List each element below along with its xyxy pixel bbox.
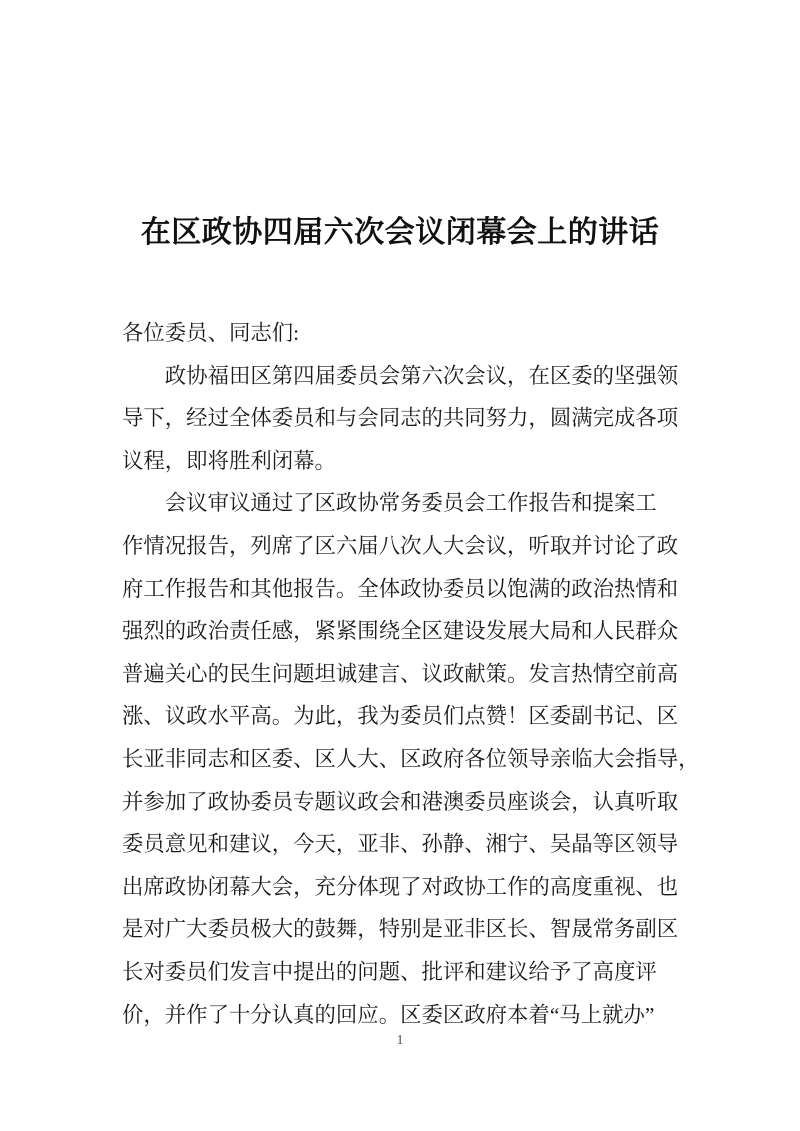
text-line: 各位委员、同志们:	[122, 312, 679, 355]
text-line: 是对广大委员极大的鼓舞，特别是亚非区长、智晟常务副区	[122, 908, 679, 951]
text-line: 价，并作了十分认真的回应。区委区政府本着“马上就办”	[122, 994, 679, 1037]
text-line: 议程，即将胜利闭幕。	[122, 440, 679, 483]
text-line: 会议审议通过了区政协常务委员会工作报告和提案工	[122, 482, 679, 525]
document-page: 在区政协四届六次会议闭幕会上的讲话 各位委员、同志们: 政协福田区第四届委员会第…	[0, 0, 800, 1131]
text-line: 出席政协闭幕大会，充分体现了对政协工作的高度重视、也	[122, 866, 679, 909]
text-line: 并参加了政协委员专题议政会和港澳委员座谈会，认真听取	[122, 781, 679, 824]
text-line: 委员意见和建议，今天，亚非、孙静、湘宁、吴晶等区领导	[122, 823, 679, 866]
text-line: 导下，经过全体委员和与会同志的共同努力，圆满完成各项	[122, 397, 679, 440]
document-title: 在区政协四届六次会议闭幕会上的讲话	[0, 207, 800, 251]
text-line: 府工作报告和其他报告。全体政协委员以饱满的政治热情和	[122, 568, 679, 611]
text-line: 长亚非同志和区委、区人大、区政府各位领导亲临大会指导，	[122, 738, 679, 781]
text-line: 政协福田区第四届委员会第六次会议，在区委的坚强领	[122, 355, 679, 398]
document-body: 各位委员、同志们: 政协福田区第四届委员会第六次会议，在区委的坚强领 导下，经过…	[122, 312, 679, 1036]
text-line: 强烈的政治责任感，紧紧围绕全区建设发展大局和人民群众	[122, 610, 679, 653]
text-line: 作情况报告，列席了区六届八次人大会议，听取并讨论了政	[122, 525, 679, 568]
text-line: 普遍关心的民生问题坦诚建言、议政献策。发言热情空前高	[122, 653, 679, 696]
text-line: 涨、议政水平高。为此，我为委员们点赞！区委副书记、区	[122, 695, 679, 738]
page-number: 1	[0, 1032, 800, 1050]
text-line: 长对委员们发言中提出的问题、批评和建议给予了高度评	[122, 951, 679, 994]
